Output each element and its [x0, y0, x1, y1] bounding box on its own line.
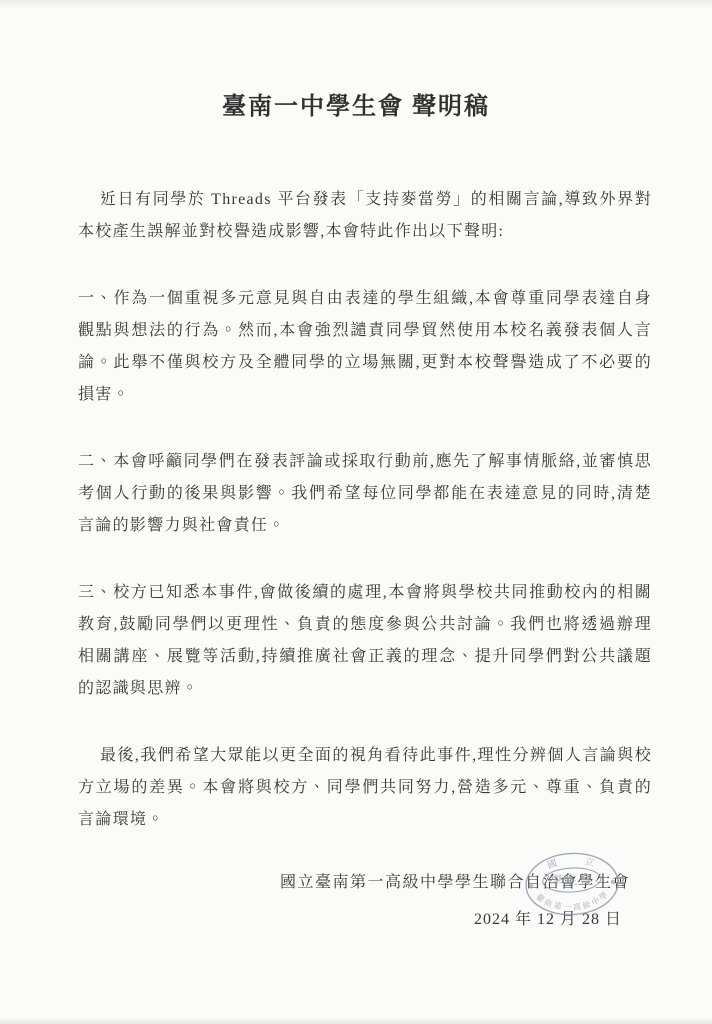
seal-icon: 國 立 學生會 ✽ ✽ 臺南第一高級中學 [522, 849, 621, 920]
document-body: 近日有同學於 Threads 平台發表「支持麥當勞」的相關言論,導致外界對本校產… [0, 184, 712, 836]
paragraph-5: 最後,我們希望大眾能以更全面的視角看待此事件,理性分辨個人言論與校方立場的差異。… [78, 740, 652, 836]
statement-document: 臺南一中學生會 聲明稿 近日有同學於 Threads 平台發表「支持麥當勞」的相… [0, 0, 712, 1024]
seal-top-right-text: 立 [584, 855, 596, 869]
seal-center-text: 學生會 [550, 871, 594, 888]
document-title: 臺南一中學生會 聲明稿 [0, 0, 712, 122]
seal-ornament-right-icon: ✽ [610, 878, 616, 886]
seal-ornament-left-icon: ✽ [528, 882, 534, 890]
paragraph-1: 近日有同學於 Threads 平台發表「支持麥當勞」的相關言論,導致外界對本校產… [78, 184, 652, 248]
seal-top-left-text: 國 [546, 858, 558, 871]
paragraph-4: 三、校方已知悉本事件,會做後續的處理,本會將與學校共同推動校內的相關教育,鼓勵同… [78, 577, 652, 705]
paragraph-2: 一、作為一個重視多元意見與自由表達的學生組織,本會尊重同學表達自身觀點與想法的行… [78, 283, 652, 411]
student-council-seal-stamp: 國 立 學生會 ✽ ✽ 臺南第一高級中學 [522, 849, 621, 920]
paragraph-3: 二、本會呼籲同學們在發表評論或採取行動前,應先了解事情脈絡,並審慎思考個人行動的… [78, 446, 652, 542]
